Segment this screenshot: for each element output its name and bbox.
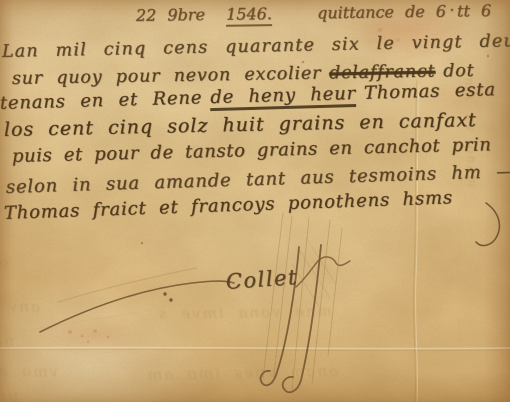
signature-dots (163, 292, 172, 301)
header-line: 22 9bre1546.quittance de 6 tt 6 (136, 1, 492, 28)
manuscript-line-1: Lan mil cinq cens quarante six le vingt … (2, 31, 510, 62)
signature-name: Collet (225, 265, 299, 294)
manuscript-photo: omv nmas uem onna vm anv emna suam nes v… (0, 0, 510, 402)
line-3-text: Thomas esta (364, 79, 496, 104)
bleedthrough-text: omv nmas uem onna vm (0, 253, 8, 277)
line-3-underlined-word: de heny heur (210, 83, 356, 111)
header-date: 22 9bre (136, 5, 205, 25)
line-3-text: tenans en et Rene (0, 87, 203, 114)
bleedthrough-text: anv emna suam nes vnam o (0, 293, 40, 316)
line-7-end-flourish (476, 203, 499, 245)
line-2-struck-word: delaffranct (329, 62, 436, 84)
signature-after-flourish (296, 257, 350, 287)
vertical-crease-highlight (416, 85, 419, 402)
header-title: quittance de 6 tt 6 (317, 1, 491, 22)
bleedthrough-text: umo envas nom uev (0, 387, 18, 402)
horizontal-crease-shadow (0, 349, 510, 350)
line-2-text: dot (443, 61, 475, 82)
paraph-hatch (292, 238, 336, 308)
parchment-document: omv nmas uem onna vm anv emna suam nes v… (0, 0, 510, 402)
bleedthrough-text: nuam onv esm uanv em (0, 332, 14, 353)
rust-speckles (68, 329, 109, 343)
bleedthrough-text: vmo annes imo uanv mes on (0, 359, 58, 381)
bleedthrough-text: onam vnes imo am (146, 362, 338, 384)
horizontal-crease (0, 347, 510, 348)
header-year-underlined: 1546. (226, 4, 272, 27)
scratch (58, 268, 196, 302)
bleedthrough-text: mne vona imve s (157, 302, 333, 323)
